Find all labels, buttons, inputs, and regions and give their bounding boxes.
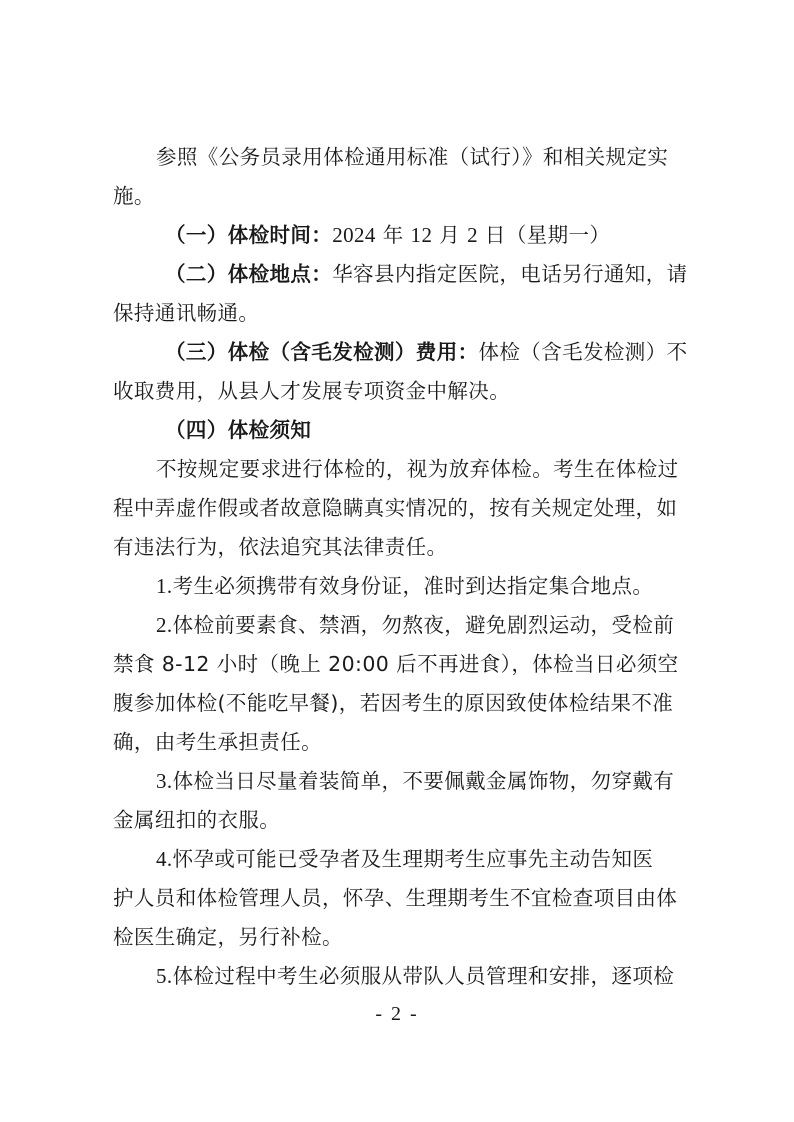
section-1-time: （一）体检时间：2024 年 12 月 2 日（星期一） bbox=[113, 216, 683, 255]
item-2-line-3: 腹参加体检(不能吃早餐)，若因考生的原因致使体检结果不准 bbox=[113, 684, 683, 723]
section-1-heading: （一）体检时间： bbox=[165, 223, 332, 247]
item-4-line-1: 4.怀孕或可能已受孕者及生理期考生应事先主动告知医 bbox=[113, 840, 683, 879]
item-1-line-1: 1.考生必须携带有效身份证，准时到达指定集合地点。 bbox=[113, 567, 683, 606]
item-2-line-2: 禁食 8-12 小时（晚上 20:00 后不再进食），体检当日必须空 bbox=[113, 645, 683, 684]
item-4-text: 怀孕或可能已受孕者及生理期考生应事先主动告知医 bbox=[173, 847, 654, 871]
item-2-text: 体检前要素食、禁酒，勿熬夜，避免剧烈运动，受检前 bbox=[173, 613, 675, 637]
document-body: 参照《公务员录用体检通用标准（试行）》和相关规定实 施。 （一）体检时间：202… bbox=[113, 138, 683, 996]
item-3-number: 3. bbox=[156, 769, 173, 793]
section-2-line-2: 保持通讯畅通。 bbox=[113, 294, 683, 333]
section-3-heading: （三）体检（含毛发检测）费用： bbox=[165, 340, 479, 364]
item-1-text: 考生必须携带有效身份证，准时到达指定集合地点。 bbox=[173, 574, 654, 598]
item-3-line-1: 3.体检当日尽量着装简单，不要佩戴金属饰物，勿穿戴有 bbox=[113, 762, 683, 801]
item-4-line-3: 检医生确定，另行补检。 bbox=[113, 918, 683, 957]
intro-line-2: 施。 bbox=[113, 177, 683, 216]
exam-year: 2024 bbox=[332, 223, 376, 247]
page-number: - 2 - bbox=[0, 1003, 794, 1026]
section-4-heading: （四）体检须知 bbox=[113, 411, 683, 450]
year-char: 年 bbox=[376, 223, 411, 247]
item-2-line-1: 2.体检前要素食、禁酒，勿熬夜，避免剧烈运动，受检前 bbox=[113, 606, 683, 645]
item-3-text: 体检当日尽量着装简单，不要佩戴金属饰物，勿穿戴有 bbox=[173, 769, 675, 793]
intro-line-1: 参照《公务员录用体检通用标准（试行）》和相关规定实 bbox=[113, 138, 683, 177]
section-3-text: 体检（含毛发检测）不 bbox=[479, 340, 688, 364]
item-5-line-1: 5.体检过程中考生必须服从带队人员管理和安排，逐项检 bbox=[113, 957, 683, 996]
item-4-number: 4. bbox=[156, 847, 173, 871]
item-4-line-2: 护人员和体检管理人员，怀孕、生理期考生不宜检查项目由体 bbox=[113, 879, 683, 918]
section-2-text: 华容县内指定医院，电话另行通知，请 bbox=[332, 262, 687, 286]
item-3-line-2: 金属纽扣的衣服。 bbox=[113, 801, 683, 840]
section-2-heading: （二）体检地点： bbox=[165, 262, 332, 286]
section-4-para-line-3: 有违法行为，依法追究其法律责任。 bbox=[113, 528, 683, 567]
section-4-para-line-2: 程中弄虚作假或者故意隐瞒真实情况的，按有关规定处理，如 bbox=[113, 489, 683, 528]
item-2-line-4: 确，由考生承担责任。 bbox=[113, 723, 683, 762]
item-5-text: 体检过程中考生必须服从带队人员管理和安排，逐项检 bbox=[173, 964, 675, 988]
exam-month: 12 bbox=[411, 223, 433, 247]
item-1-number: 1. bbox=[156, 574, 173, 598]
item-2-number: 2. bbox=[156, 613, 173, 637]
exam-day: 2 bbox=[467, 223, 478, 247]
section-4-para-line-1: 不按规定要求进行体检的，视为放弃体检。考生在体检过 bbox=[113, 450, 683, 489]
item-5-number: 5. bbox=[156, 964, 173, 988]
day-char: 日（星期一） bbox=[478, 223, 610, 247]
section-3-line-2: 收取费用，从县人才发展专项资金中解决。 bbox=[113, 372, 683, 411]
month-char: 月 bbox=[432, 223, 467, 247]
section-3-fee: （三）体检（含毛发检测）费用：体检（含毛发检测）不 bbox=[113, 333, 683, 372]
section-2-location: （二）体检地点：华容县内指定医院，电话另行通知，请 bbox=[113, 255, 683, 294]
